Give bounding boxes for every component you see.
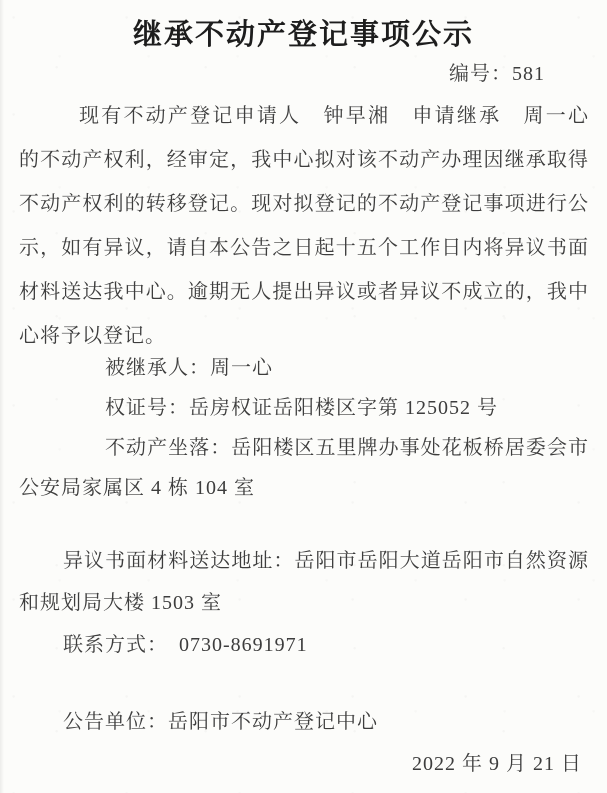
doc-number: 编号：581 (19, 62, 588, 86)
item-property-location-line-2: 公安局家属区 4 栋 104 室 (19, 468, 588, 508)
objection-address-line-1: 异议书面材料送达地址：岳阳市岳阳大道岳阳市自然资源 (19, 540, 588, 582)
item-property-location-line-1: 不动产坐落：岳阳楼区五里牌办事处花板桥居委会市 (19, 428, 588, 468)
paragraph-line-4: 示，如有异议，请自本公告之日起十五个工作日内将异议书面 (19, 226, 588, 270)
objection-address-line-2: 和规划局大楼 1503 室 (19, 582, 588, 624)
notice-footer: 公告单位：岳阳市不动产登记中心 2022 年 9 月 21 日 (19, 701, 588, 785)
notice-content: 继承不动产登记事项公示 编号：581 现有不动产登记申请人 钟早湘 申请继承 周… (0, 0, 607, 785)
scanned-notice-document: 继承不动产登记事项公示 编号：581 现有不动产登记申请人 钟早湘 申请继承 周… (0, 0, 607, 793)
issue-date-line: 2022 年 9 月 21 日 (19, 743, 588, 785)
paragraph-line-1: 现有不动产登记申请人 钟早湘 申请继承 周一心 (19, 94, 588, 138)
item-decedent: 被继承人：周一心 (19, 348, 588, 388)
issuing-unit-line: 公告单位：岳阳市不动产登记中心 (19, 701, 588, 743)
registration-detail-items: 被继承人：周一心 权证号：岳房权证岳阳楼区字第 125052 号 不动产坐落：岳… (19, 348, 588, 508)
contact-phone-line: 联系方式： 0730-8691971 (19, 624, 588, 666)
item-certificate-number: 权证号：岳房权证岳阳楼区字第 125052 号 (19, 388, 588, 428)
paragraph-line-2: 的不动产权利，经审定，我中心拟对该不动产办理因继承取得 (19, 138, 588, 182)
notice-title: 继承不动产登记事项公示 (19, 18, 588, 52)
paragraph-line-5: 材料送达我中心。逾期无人提出异议或者异议不成立的，我中 (19, 270, 588, 314)
objection-section: 异议书面材料送达地址：岳阳市岳阳大道岳阳市自然资源 和规划局大楼 1503 室 … (19, 540, 588, 666)
notice-main-paragraph: 现有不动产登记申请人 钟早湘 申请继承 周一心 的不动产权利，经审定，我中心拟对… (19, 94, 588, 358)
paragraph-line-3: 不动产权利的转移登记。现对拟登记的不动产登记事项进行公 (19, 182, 588, 226)
